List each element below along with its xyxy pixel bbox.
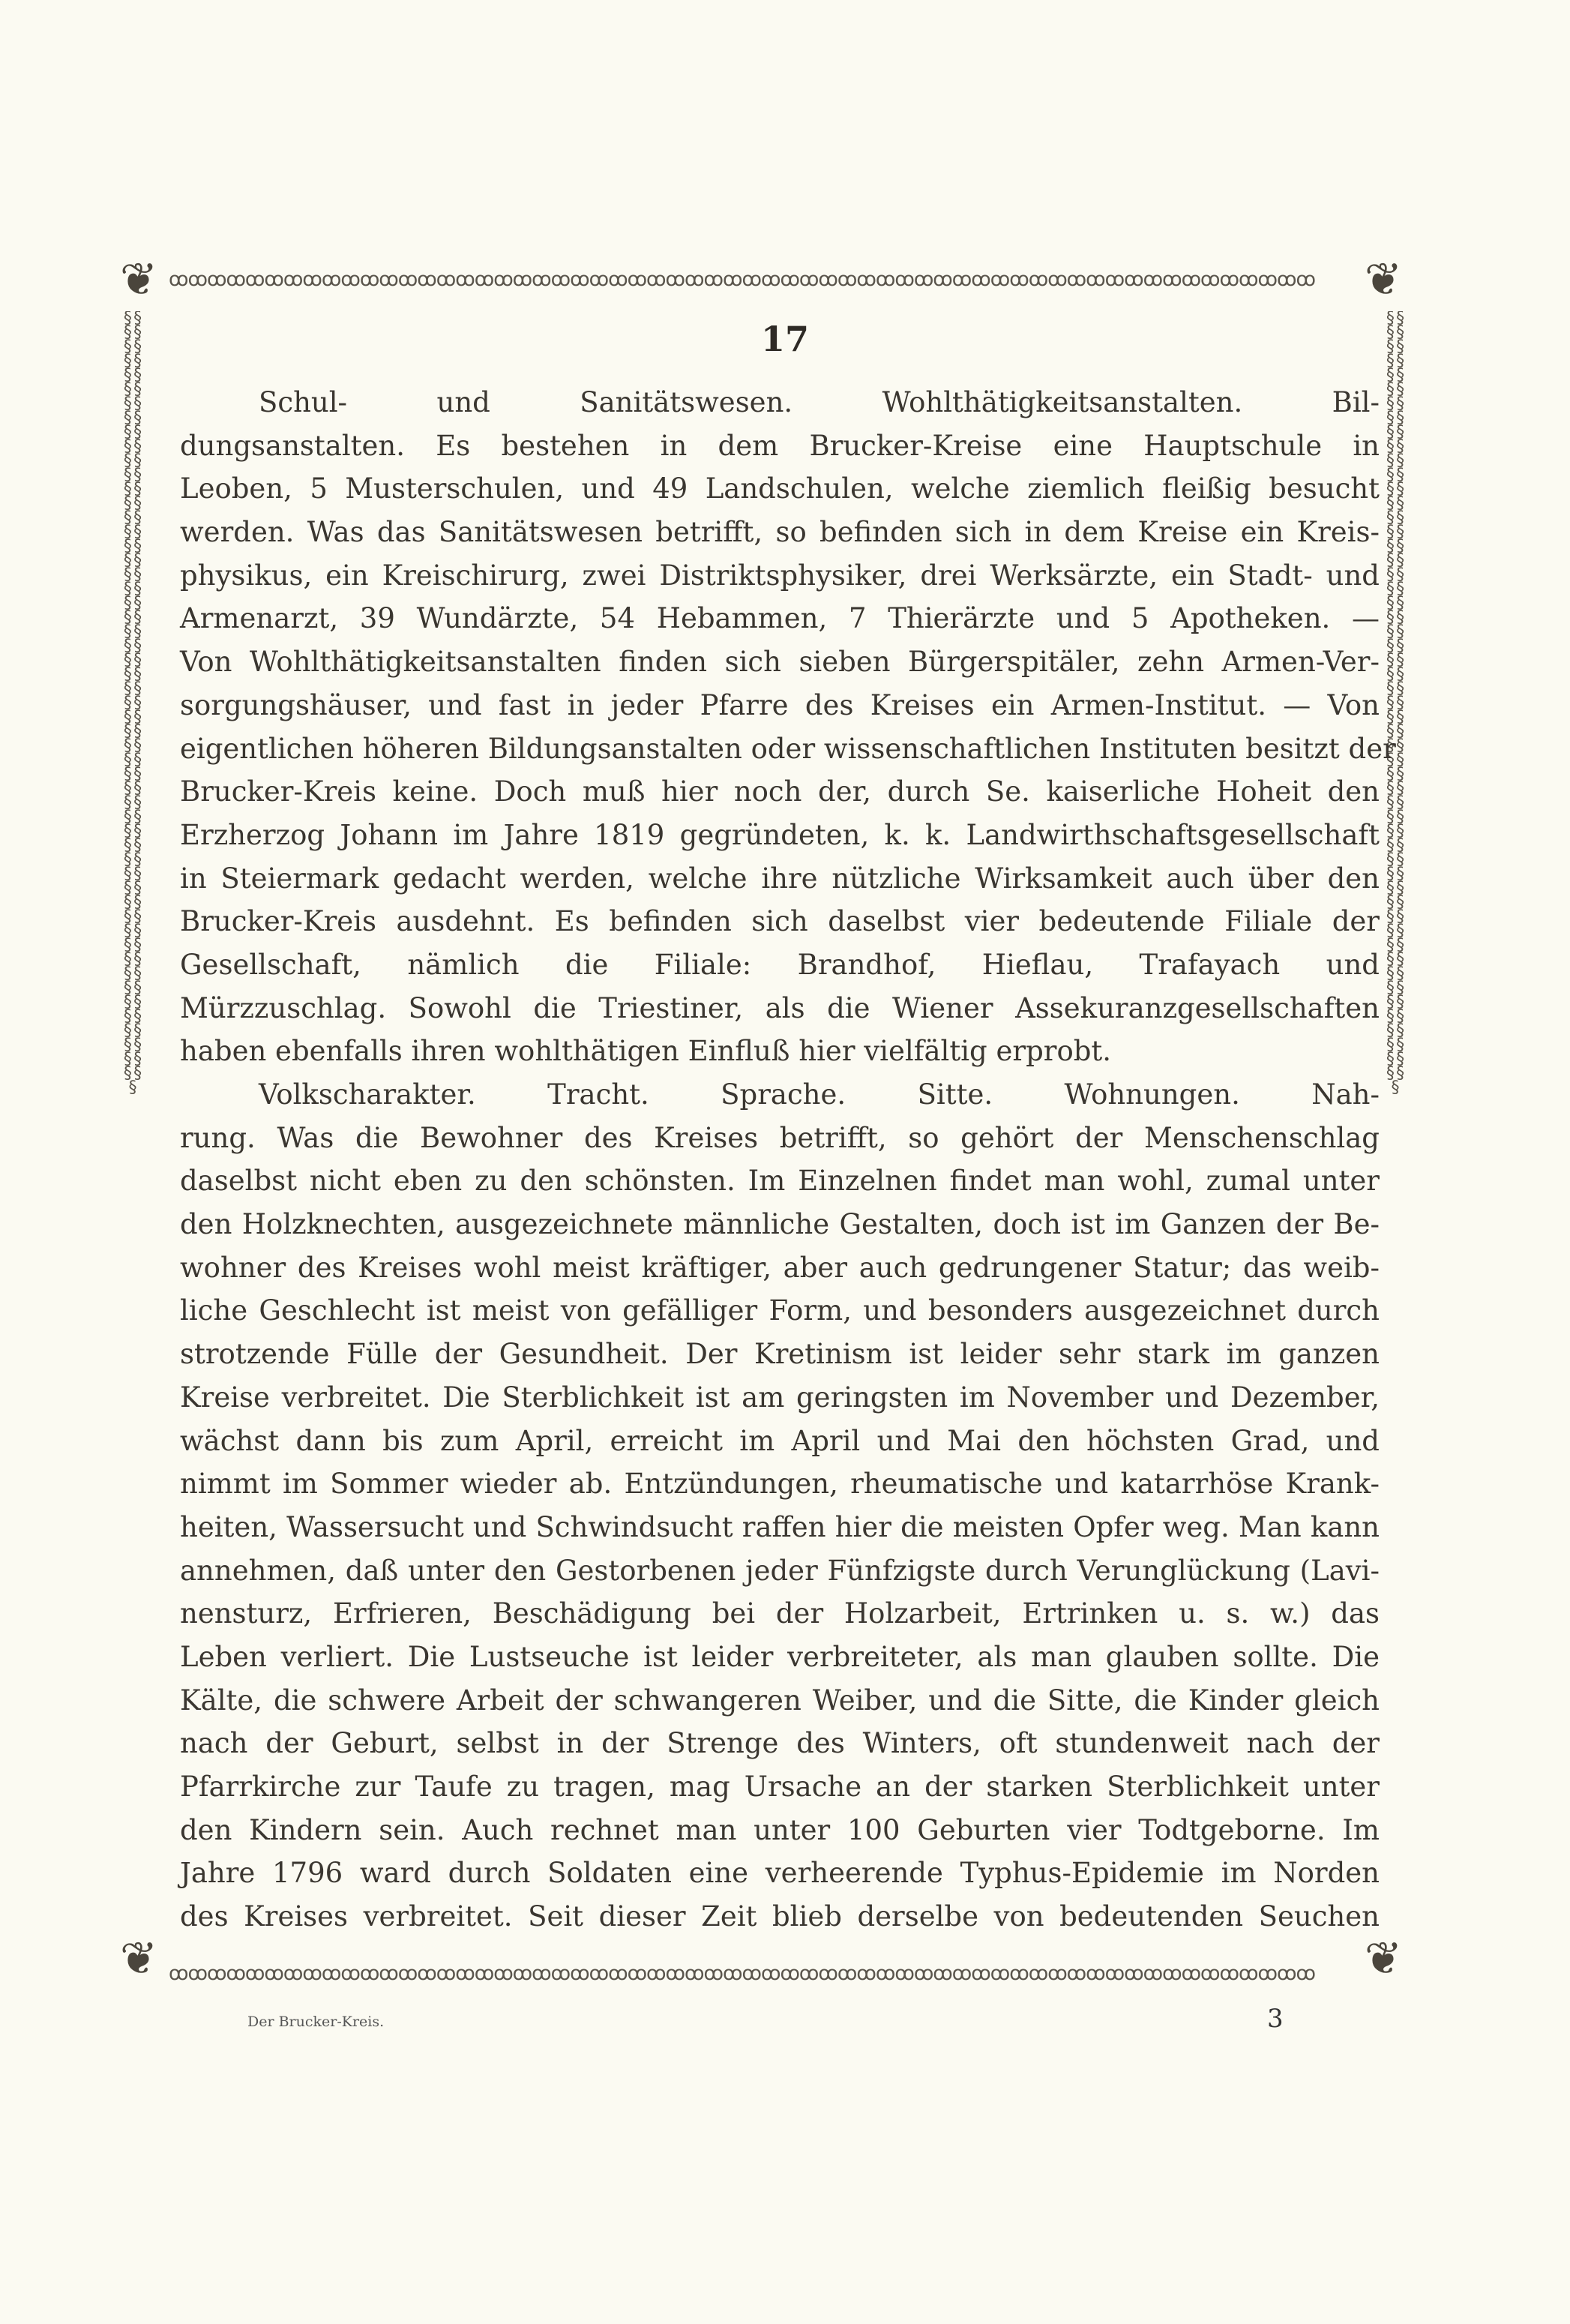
text-line: nimmt im Sommer wieder ab. Entzündungen,…	[180, 1462, 1380, 1506]
text-line: physikus, ein Kreischirurg, zwei Distrik…	[180, 554, 1380, 598]
text-line: in Steiermark gedacht werden, welche ihr…	[180, 857, 1380, 901]
text-line: haben ebenfalls ihren wohlthätigen Einfl…	[180, 1030, 1380, 1073]
corner-ornament-icon: ❦	[109, 251, 169, 308]
page-number: 17	[0, 319, 1570, 359]
text-line: Jahre 1796 ward durch Soldaten eine verh…	[180, 1852, 1380, 1895]
text-line: den Holzknechten, ausgezeichnete männlic…	[180, 1203, 1380, 1246]
corner-ornament-icon: ❦	[1353, 1930, 1413, 1987]
corner-ornament-icon: ❦	[109, 1930, 169, 1987]
text-line: daselbst nicht eben zu den schönsten. Im…	[180, 1159, 1380, 1203]
text-line: annehmen, daß unter den Gestorbenen jede…	[180, 1549, 1380, 1593]
text-line: den Kindern sein. Auch rechnet man unter…	[180, 1809, 1380, 1852]
text-line: liche Geschlecht ist meist von gefällige…	[180, 1289, 1380, 1333]
text-line: Kälte, die schwere Arbeit der schwangere…	[180, 1679, 1380, 1723]
text-line: Leben verliert. Die Lustseuche ist leide…	[180, 1636, 1380, 1679]
text-line: rung. Was die Bewohner des Kreises betri…	[180, 1117, 1380, 1160]
text-line: strotzende Fülle der Gesundheit. Der Kre…	[180, 1333, 1380, 1376]
text-line: Leoben, 5 Musterschulen, und 49 Landschu…	[180, 467, 1380, 511]
text-line: Erzherzog Johann im Jahre 1819 gegründet…	[180, 814, 1380, 857]
text-line: wohner des Kreises wohl meist kräftiger,…	[180, 1246, 1380, 1290]
text-line: Von Wohlthätigkeitsanstalten finden sich…	[180, 640, 1380, 684]
text-line: Schul- und Sanitätswesen. Wohlthätigkeit…	[180, 381, 1380, 424]
text-line: des Kreises verbreitet. Seit dieser Zeit…	[180, 1895, 1380, 1939]
text-line: dungsanstalten. Es bestehen in dem Bruck…	[180, 424, 1380, 468]
border-right: §§§§§§§§§§§§§§§§§§§§§§§§§§§§§§§§§§§§§§§§…	[1382, 311, 1409, 1927]
text-line: sorgungshäuser, und fast in jeder Pfarre…	[180, 684, 1380, 727]
text-line: Brucker-Kreis keine. Doch muß hier noch …	[180, 770, 1380, 814]
text-line: heiten, Wassersucht und Schwindsucht raf…	[180, 1506, 1380, 1549]
sheet-number: 3	[1267, 2004, 1284, 2034]
text-line: Volkscharakter. Tracht. Sprache. Sitte. …	[180, 1073, 1380, 1117]
text-line: werden. Was das Sanitätswesen betrifft, …	[180, 511, 1380, 554]
signature-mark: Der Brucker-Kreis.	[247, 2014, 384, 2030]
text-line: Armenarzt, 39 Wundärzte, 54 Hebammen, 7 …	[180, 597, 1380, 640]
border-left: §§§§§§§§§§§§§§§§§§§§§§§§§§§§§§§§§§§§§§§§…	[119, 311, 146, 1927]
text-line: wächst dann bis zum April, erreicht im A…	[180, 1420, 1380, 1463]
text-line: Pfarrkirche zur Taufe zu tragen, mag Urs…	[180, 1765, 1380, 1809]
text-line: nensturz, Erfrieren, Beschädigung bei de…	[180, 1592, 1380, 1636]
text-line: Mürzzuschlag. Sowohl die Triestiner, als…	[180, 987, 1380, 1030]
text-line: Kreise verbreitet. Die Sterblichkeit ist…	[180, 1376, 1380, 1420]
text-line: nach der Geburt, selbst in der Strenge d…	[180, 1722, 1380, 1765]
text-line: Brucker-Kreis ausdehnt. Es befinden sich…	[180, 900, 1380, 943]
text-line: Gesellschaft, nämlich die Filiale: Brand…	[180, 943, 1380, 987]
body-text: Schul- und Sanitätswesen. Wohlthätigkeit…	[180, 381, 1380, 1939]
border-top: ꝏꝏꝏꝏꝏꝏꝏꝏꝏꝏꝏꝏꝏꝏꝏꝏꝏꝏꝏꝏꝏꝏꝏꝏꝏꝏꝏꝏꝏꝏꝏꝏꝏꝏꝏꝏꝏꝏꝏꝏ…	[169, 268, 1353, 292]
text-line: eigentlichen höheren Bildungsanstalten o…	[180, 727, 1380, 771]
border-bottom: ꝏꝏꝏꝏꝏꝏꝏꝏꝏꝏꝏꝏꝏꝏꝏꝏꝏꝏꝏꝏꝏꝏꝏꝏꝏꝏꝏꝏꝏꝏꝏꝏꝏꝏꝏꝏꝏꝏꝏꝏ…	[169, 1960, 1353, 1987]
corner-ornament-icon: ❦	[1353, 251, 1413, 308]
